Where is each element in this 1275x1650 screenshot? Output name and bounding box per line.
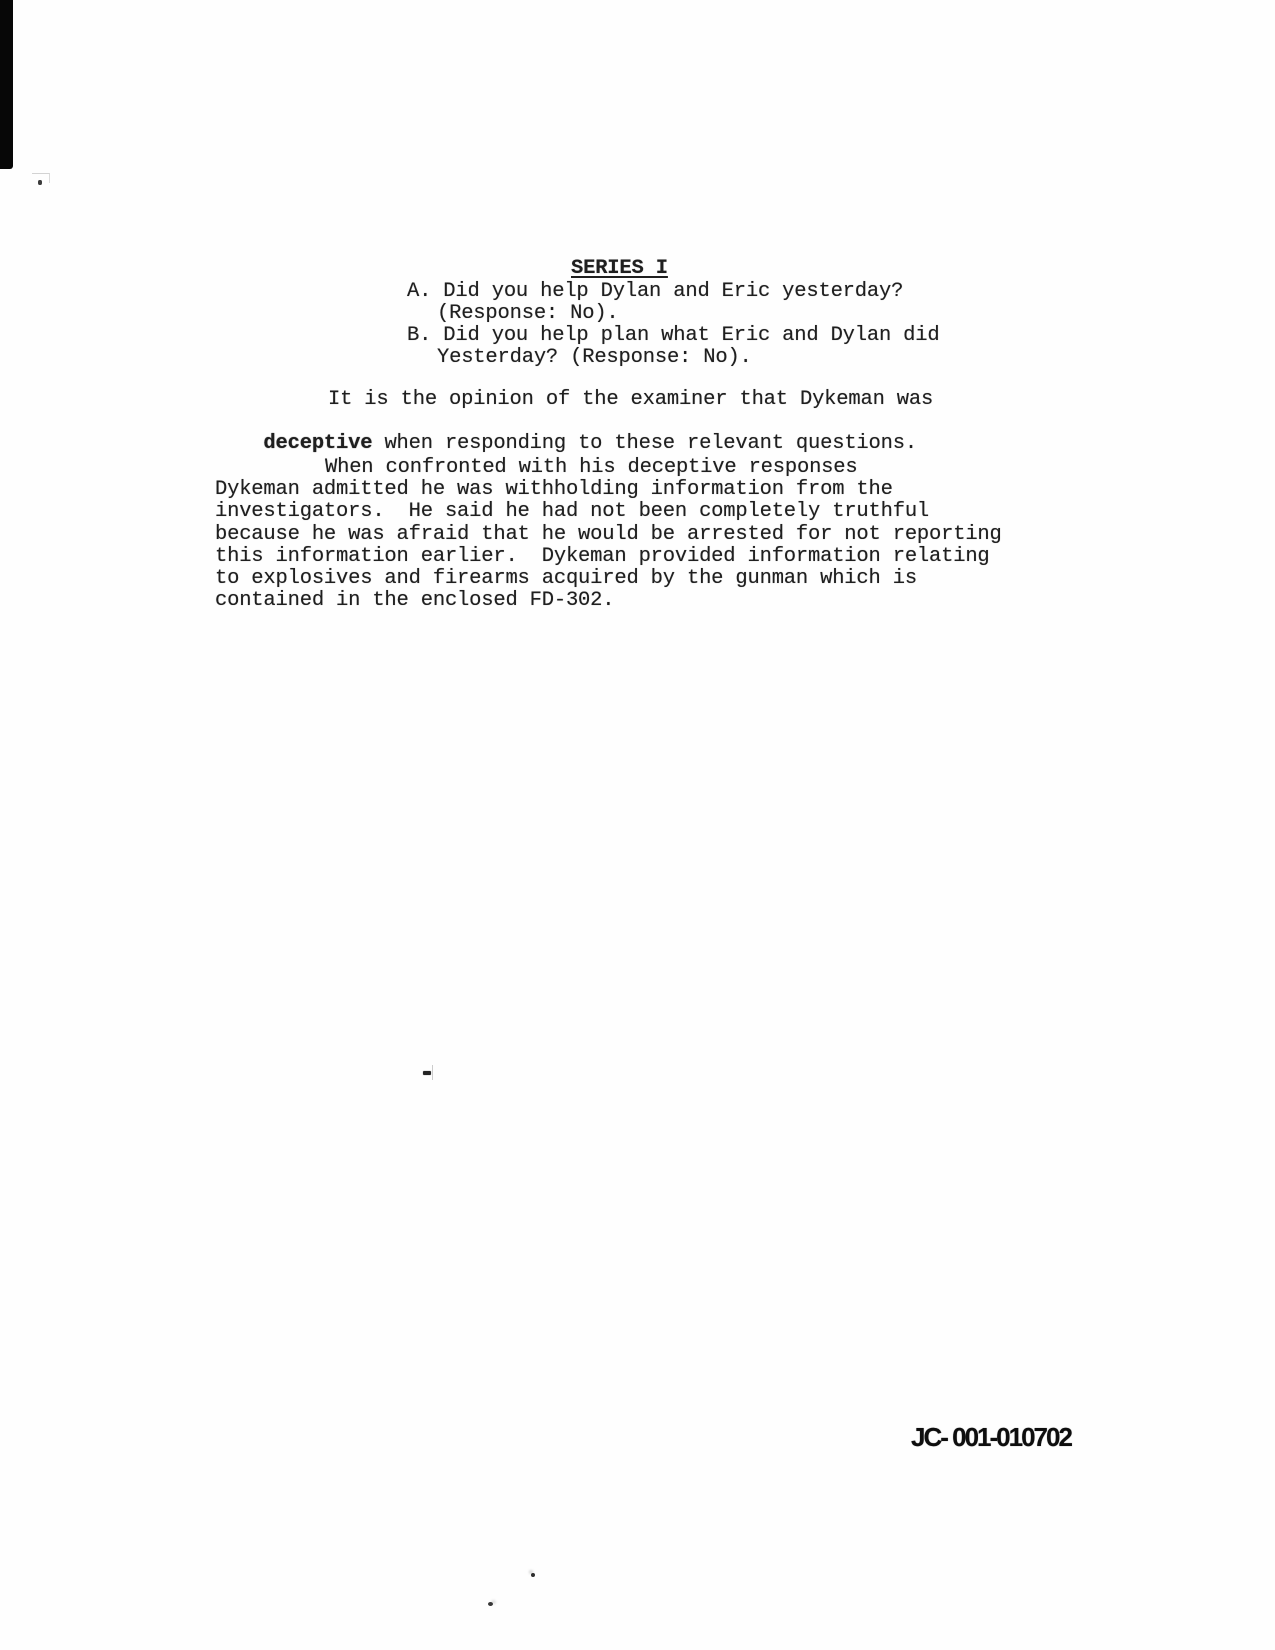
confrontation-line7: contained in the enclosed FD-302.	[215, 590, 614, 612]
scan-speck-dot	[38, 180, 42, 185]
question-a-line1: A. Did you help Dylan and Eric yesterday…	[407, 281, 903, 303]
confrontation-line6: to explosives and firearms acquired by t…	[215, 568, 917, 590]
confrontation-line1: When confronted with his deceptive respo…	[325, 457, 858, 479]
confrontation-line5: this information earlier. Dykeman provid…	[215, 546, 990, 568]
scan-dot-lower	[488, 1602, 493, 1606]
series-heading: SERIES I	[571, 258, 668, 280]
confrontation-line4: because he was afraid that he would be a…	[215, 524, 1002, 546]
scan-dash-mark	[423, 1071, 431, 1075]
question-a-line2: (Response: No).	[437, 303, 619, 325]
opinion-paragraph-line1: It is the opinion of the examiner that D…	[328, 389, 933, 411]
scanned-document-page: SERIES I A. Did you help Dylan and Eric …	[0, 0, 1275, 1650]
scan-edge-artifact	[0, 0, 13, 169]
scan-dash-tick	[432, 1065, 433, 1080]
question-b-line2: Yesterday? (Response: No).	[437, 347, 752, 369]
question-b-line1: B. Did you help plan what Eric and Dylan…	[407, 325, 940, 347]
opinion-paragraph-line2-rest: when responding to these relevant questi…	[372, 432, 917, 455]
bates-number-stamp: JC- 001-010702	[911, 1422, 1071, 1453]
confrontation-line3: investigators. He said he had not been c…	[215, 501, 929, 523]
confrontation-line2: Dykeman admitted he was withholding info…	[215, 479, 893, 501]
scan-dot-upper	[531, 1573, 535, 1577]
deceptive-emphasis: deceptive	[263, 432, 372, 455]
